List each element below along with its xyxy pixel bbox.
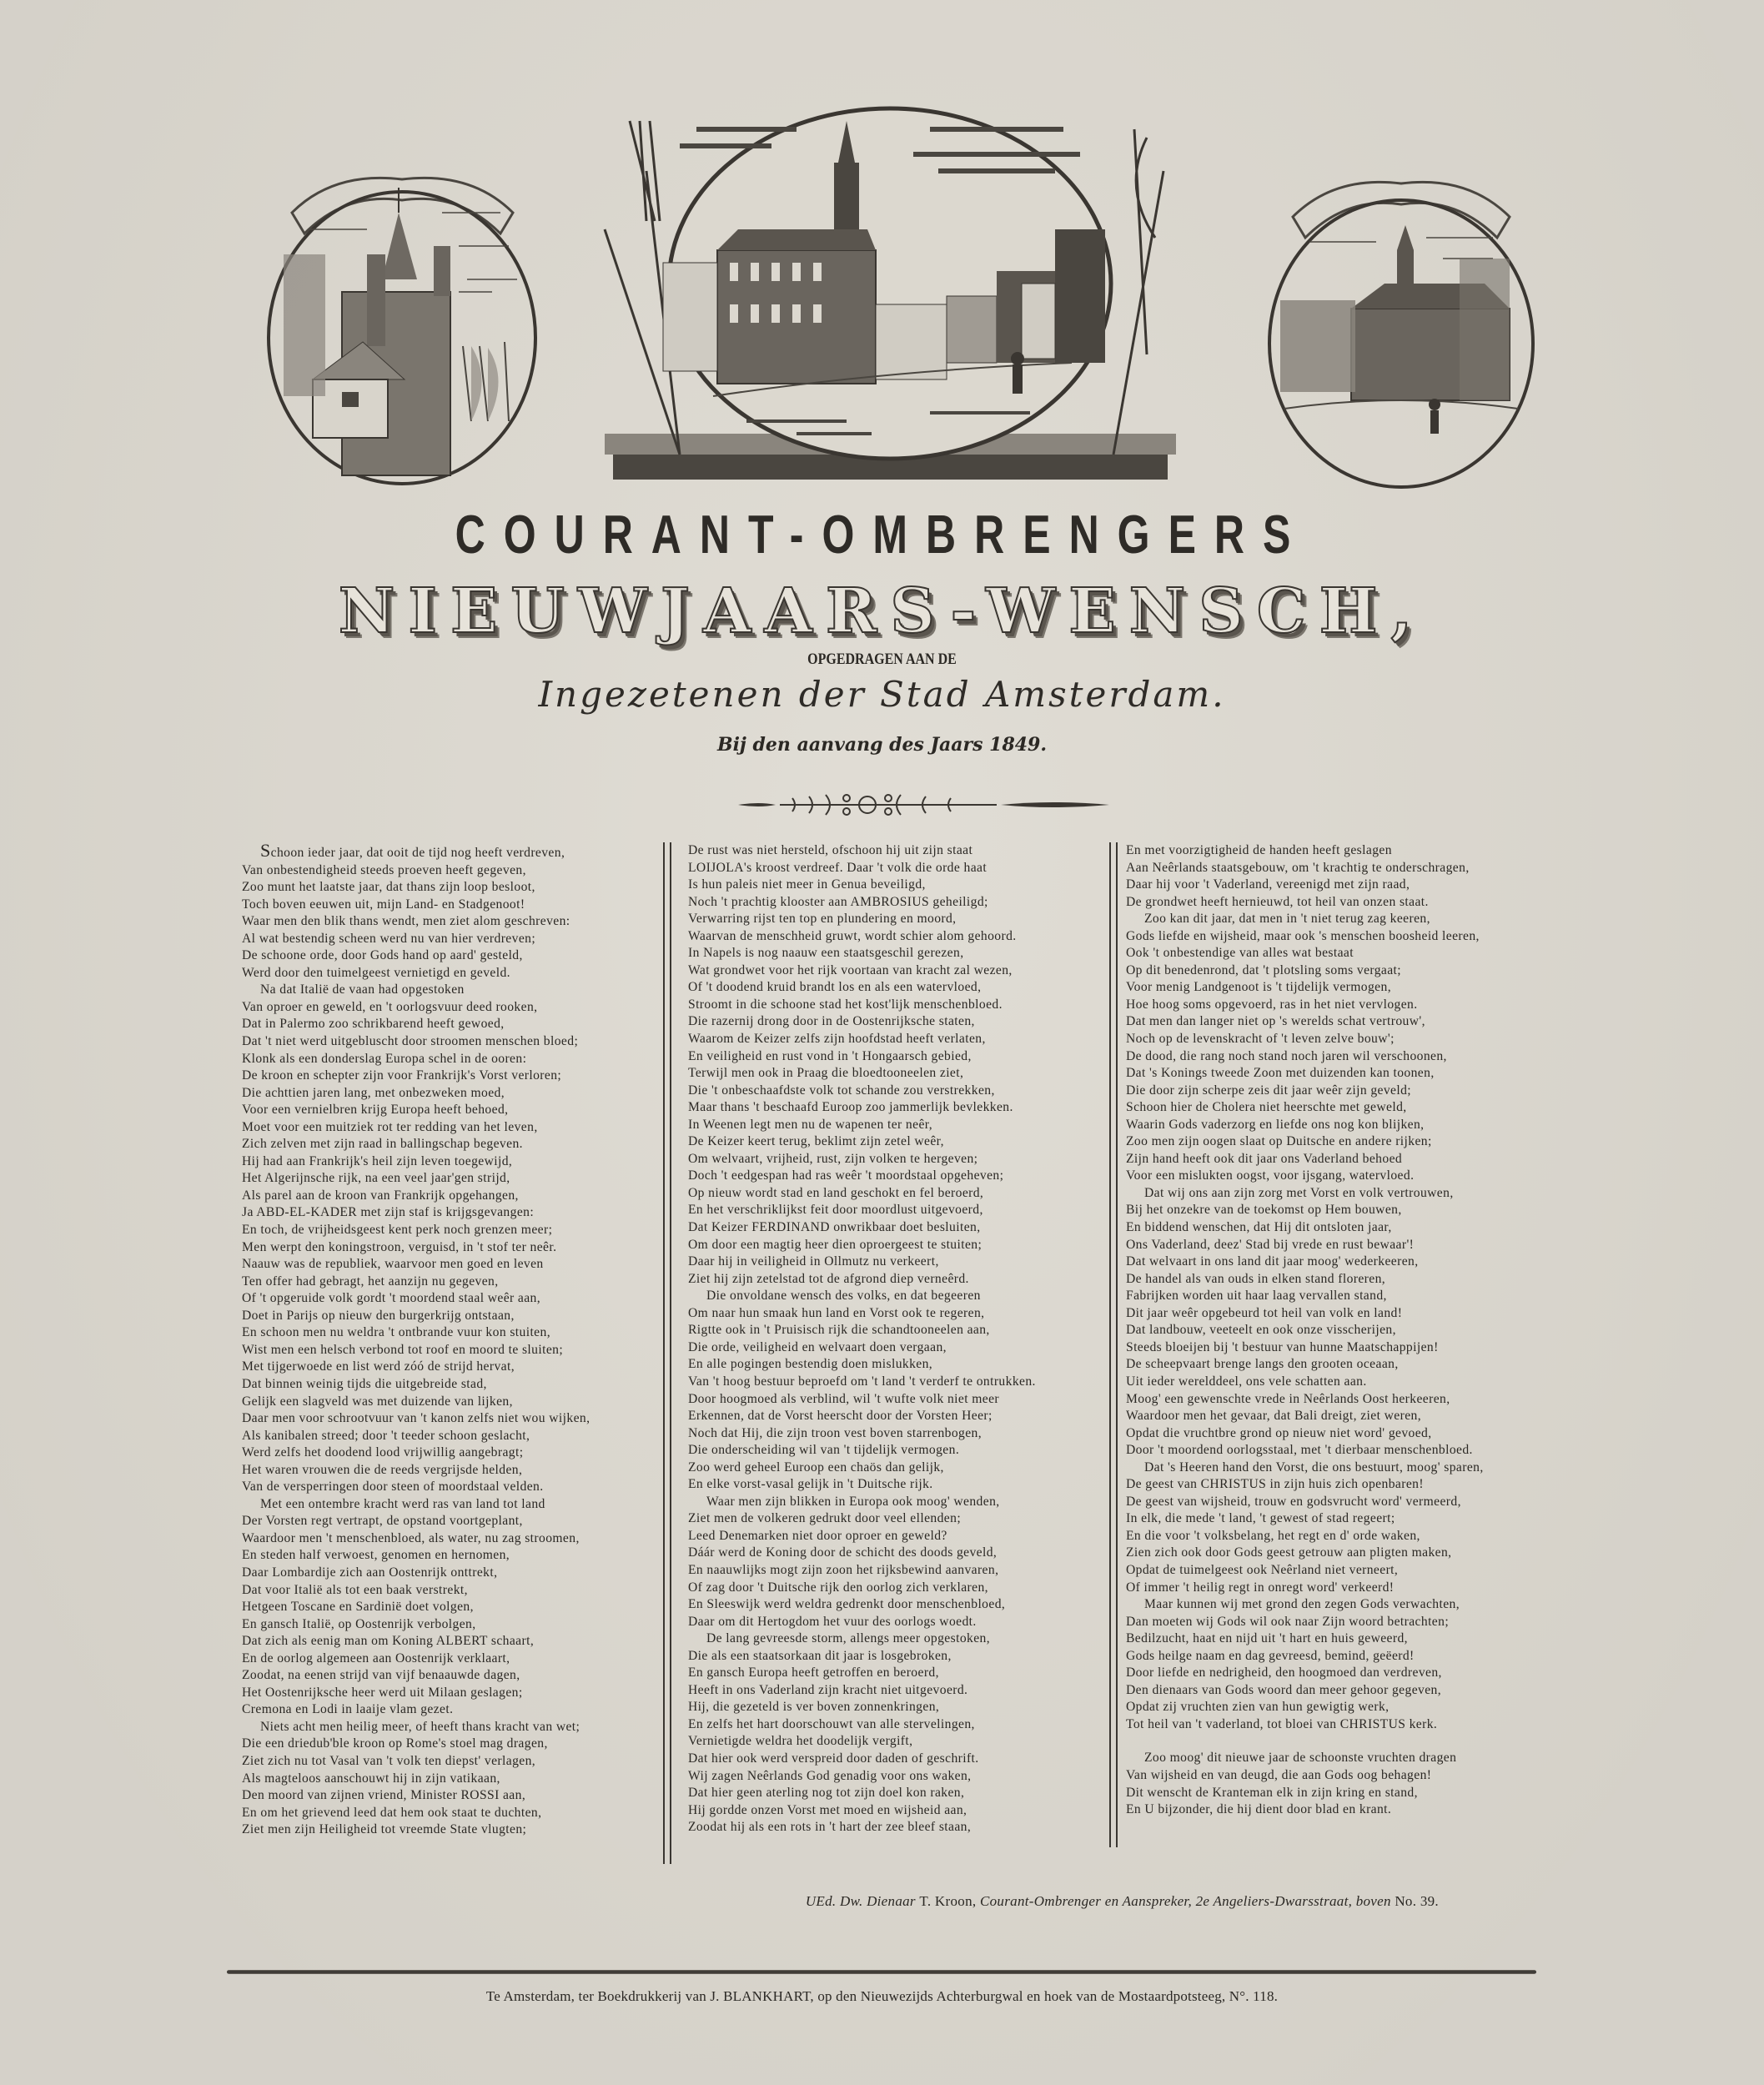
poem-line: Ziet men zijn Heiligheid tot vreemde Sta… (242, 1821, 659, 1839)
poem-line: Dat landbouw, veeteelt en ook onze vissc… (1126, 1322, 1543, 1339)
poem-column-2: De rust was niet hersteld, ofschoon hij … (688, 842, 1105, 1876)
poem-line: Door hoogmoed als verblind, wil 't wufte… (688, 1391, 1105, 1409)
poem-line: Op nieuw wordt stad en land geschokt en … (688, 1185, 1105, 1203)
year-line: Bij den aanvang des Jaars 1849. (0, 734, 1764, 756)
poem-line: Den dienaars van Gods woord dan meer geh… (1126, 1682, 1543, 1700)
poem-line: En schoon men nu weldra 't ontbrande vuu… (242, 1324, 659, 1342)
poem-line: Het waren vrouwen die de reeds vergrijsd… (242, 1462, 659, 1480)
poem-line: Of 't doodend kruid brandt los en als ee… (688, 979, 1105, 997)
poem-line: Niets acht men heilig meer, of heeft tha… (242, 1719, 659, 1736)
poem-line: Moet voor een muitziek rot ter redding v… (242, 1119, 659, 1137)
poem-line: En gansch Europa heeft getroffen en bero… (688, 1665, 1105, 1682)
poem-line: Waar men zijn blikken in Europa ook moog… (688, 1494, 1105, 1511)
signature-address: 2e Angeliers-Dwarsstraat, boven (1196, 1893, 1391, 1909)
poem-line: Opdat de tuimelgeest ook Neêrland niet v… (1126, 1562, 1543, 1580)
poem-line: Daar men voor schrootvuur van 't kanon z… (242, 1410, 659, 1428)
poem-line: En de oorlog algemeen aan Oostenrijk ver… (242, 1650, 659, 1668)
poem-line: En toch, de vrijheidsgeest kent perk noc… (242, 1222, 659, 1239)
left-roundel-engraving (259, 154, 546, 488)
poem-line: Dat Keizer FERDINAND onwrikbaar doet bes… (688, 1219, 1105, 1237)
signature-name: T. Kroon, (919, 1893, 976, 1909)
poem-line: Zoo men zijn oogen slaat op Duitsche en … (1126, 1133, 1543, 1151)
poem-line: Voor menig Landgenoot is 't tijdelijk ve… (1126, 979, 1543, 997)
poem-line: Ten offer had gebragt, het aanzijn nu ge… (242, 1274, 659, 1291)
poem-line: Dan moeten wij Gods wil ook naar Zijn wo… (1126, 1614, 1543, 1631)
poem-line: Klonk als een donderslag Europa schel in… (242, 1051, 659, 1068)
poem-line: Die razernij drong door in de Oostenrijk… (688, 1013, 1105, 1031)
signature-number: No. 39. (1395, 1893, 1439, 1909)
poem-line: En naauwlijks mogt zijn zoon het rijksbe… (688, 1562, 1105, 1580)
poem-line: Ziet hij zijn zetelstad tot de afgrond d… (688, 1271, 1105, 1289)
poem-line: Erkennen, dat de Vorst heerscht door der… (688, 1408, 1105, 1425)
square-illustration-icon (1259, 158, 1543, 492)
poem-line: Dat in Palermo zoo schrikbarend heeft ge… (242, 1016, 659, 1033)
poem-line: Bij het onzekre van de toekomst op Hem b… (1126, 1202, 1543, 1219)
poem-line: Hoe hoog soms opgevoerd, ras in het niet… (1126, 997, 1543, 1014)
poem-line: Gods liefde en wijsheid, maar ook 's men… (1126, 928, 1543, 946)
signature-role: Courant-Ombrenger en Aanspreker, (980, 1893, 1192, 1909)
column-divider (663, 842, 671, 1864)
poem-line: En die voor 't volksbelang, het regt en … (1126, 1528, 1543, 1545)
poem-line: Den moord van zijnen vriend, Minister RO… (242, 1787, 659, 1805)
poem-line: Doch 't eedgespan had ras weêr 't moords… (688, 1168, 1105, 1185)
poem-line: Na dat Italië de vaan had opgestoken (242, 982, 659, 999)
poem-line: En biddend wenschen, dat Hij dit ontslot… (1126, 1219, 1543, 1237)
poem-line: Om naar hun smaak hun land en Vorst ook … (688, 1305, 1105, 1323)
poem-line: En alle pogingen bestendig doen mislukke… (688, 1356, 1105, 1374)
poem-line: Wist men een helsch verbond tot roof en … (242, 1342, 659, 1359)
poem-line: Daar hij in veiligheid in Ollmutz nu ver… (688, 1254, 1105, 1271)
center-city-engraving (580, 104, 1201, 484)
poem-line: Opdat die vruchtbre grond op nieuw niet … (1126, 1425, 1543, 1443)
poem-line: Die achttien jaren lang, met onbezweken … (242, 1085, 659, 1103)
poem-line: Waardoor men het gevaar, dat Bali dreigt… (1126, 1408, 1543, 1425)
poem-line: Op dit benedenrond, dat 't plotsling som… (1126, 962, 1543, 980)
poem-line: De scheepvaart brenge langs den grooten … (1126, 1356, 1543, 1374)
poem-line: Zoo werd geheel Euroop een chaös dan gel… (688, 1459, 1105, 1477)
poem-line: En met voorzigtigheid de handen heeft ge… (1126, 842, 1543, 860)
poem-line: De grondwet heeft hernieuwd, tot heil va… (1126, 894, 1543, 912)
poem-line: En gansch Italië, op Oostenrijk verbolge… (242, 1616, 659, 1634)
poem-line: Zich zelven met zijn raad in ballingscha… (242, 1136, 659, 1153)
poem-line: Gods heilge naam en dag gevreesd, bemind… (1126, 1648, 1543, 1665)
poem-line: Als parel aan de kroon van Frankrijk opg… (242, 1188, 659, 1205)
poem-line: Der Vorsten regt vertrapt, de opstand vo… (242, 1513, 659, 1530)
poem-line: Dáár werd de Koning door de schicht des … (688, 1545, 1105, 1562)
poem-line: Gelijk een slagveld was met duizende van… (242, 1394, 659, 1411)
poem-line: Waarvan de menschheid gruwt, wordt schie… (688, 928, 1105, 946)
poem-line: In Weenen legt men nu de wapenen ter neê… (688, 1117, 1105, 1134)
poem-line: Naauw was de republiek, waarvoor men goe… (242, 1256, 659, 1274)
poem-line: En veiligheid en rust vond in 't Hongaar… (688, 1048, 1105, 1066)
poem-line: Noch 't prachtig klooster aan AMBROSIUS … (688, 894, 1105, 912)
poem-line: Noch dat Hij, die zijn troon vest boven … (688, 1425, 1105, 1443)
poem-line: De dood, die rang noch stand noch jaren … (1126, 1048, 1543, 1066)
poem-line: Al wat bestendig scheen werd nu van hier… (242, 931, 659, 948)
poem-line: Schoon hier de Cholera niet heerschte me… (1126, 1099, 1543, 1117)
poem-line: Het Oostenrijksche heer werd uit Milaan … (242, 1685, 659, 1702)
dedication-small-caps: OPGEDRAGEN AAN DE (0, 651, 1764, 669)
poem-line: Dit wenscht de Kranteman elk in zijn kri… (1126, 1785, 1543, 1802)
poem-line: Met tijgerwoede en list werd zóó de stri… (242, 1359, 659, 1376)
poem-line: Van onbestendigheid steeds proeven heeft… (242, 862, 659, 880)
poem-line: Dat 's Heeren hand den Vorst, die ons be… (1126, 1459, 1543, 1477)
poem-line: Ja ABD-EL-KADER met zijn staf is krijgsg… (242, 1204, 659, 1222)
poem-line: Toch boven eeuwen uit, mijn Land- en Sta… (242, 897, 659, 914)
poem-line: Zoodat, na eenen strijd van vijf benaauw… (242, 1667, 659, 1685)
poem-line: Daar hij voor 't Vaderland, vereenigd me… (1126, 877, 1543, 894)
horizontal-rule (227, 1970, 1536, 1974)
poem-line: Van 't hoog bestuur beproefd om 't land … (688, 1374, 1105, 1391)
poem-line: En U bijzonder, die hij dient door blad … (1126, 1801, 1543, 1819)
poem-line: Die 't onbeschaafdste volk tot schande z… (688, 1083, 1105, 1100)
poem-line: Werd zelfs het doodend lood vrijwillig a… (242, 1444, 659, 1462)
poem-line: Hij had aan Frankrijk's heil zijn leven … (242, 1153, 659, 1171)
poem-line: Fabrijken worden uit haar laag vervallen… (1126, 1288, 1543, 1305)
poem-line: Dat zich als eenig man om Koning ALBERT … (242, 1633, 659, 1650)
signature-prefix: UEd. Dw. Dienaar (806, 1893, 916, 1909)
poem-line: Het Algerijnsche rijk, na een veel jaar'… (242, 1170, 659, 1188)
poem-line: Dat binnen weinig tijds die uitgebreide … (242, 1376, 659, 1394)
poem-line: Waarom de Keizer zelfs zijn hoofdstad he… (688, 1031, 1105, 1048)
poem-line: Dat men dan langer niet op 's werelds sc… (1126, 1013, 1543, 1031)
poem-line: Hij, die gezeteld is ver boven zonnenkri… (688, 1699, 1105, 1716)
poem-line: Uit ieder werelddeel, ons vele schatten … (1126, 1374, 1543, 1391)
poem-line: Door 't moordend oorlogsstaal, met 't di… (1126, 1442, 1543, 1459)
poem-line: Hij gordde onzen Vorst met moed en wijsh… (688, 1802, 1105, 1820)
poem-line: Is hun paleis niet meer in Genua beveili… (688, 877, 1105, 894)
poem-line: Of zag door 't Duitsche rijk den oorlog … (688, 1580, 1105, 1597)
poem-line: Van de versperringen door steen of moord… (242, 1479, 659, 1496)
poem-line: Daar Lombardije zich aan Oostenrijk ontt… (242, 1565, 659, 1582)
poem-line: Ziet men de volkeren gedrukt door veel e… (688, 1510, 1105, 1528)
poem-line: Ook 't onbestendige van alles wat bestaa… (1126, 945, 1543, 962)
poem-line: Terwijl men ook in Praag die bloedtoonee… (688, 1065, 1105, 1083)
poem-line: Maar kunnen wij met grond den zegen Gods… (1126, 1596, 1543, 1614)
poem-columns: Schoon ieder jaar, dat ooit de tijd nog … (234, 842, 1551, 1876)
poem-line: Met een ontembre kracht werd ras van lan… (242, 1496, 659, 1514)
poem-line: Die door zijn scherpe zeis dit jaar weêr… (1126, 1083, 1543, 1100)
poem-line: Of 't opgeruide volk gordt 't moordend s… (242, 1290, 659, 1308)
poem-line: Steeds bloeijen bij 't bestuur van hunne… (1126, 1339, 1543, 1357)
poem-line: En om het grievend leed dat hem ook staa… (242, 1805, 659, 1822)
poem-line: Hetgeen Toscane en Sardinië doet volgen, (242, 1599, 659, 1616)
poem-line: Noch op de levenskracht of 't leven zelv… (1126, 1031, 1543, 1048)
poem-line: Zoodat hij als een rots in 't hart der z… (688, 1819, 1105, 1836)
poem-line: Die een driedub'ble kroon op Rome's stoe… (242, 1736, 659, 1753)
poem-line: De Keizer keert terug, beklimt zijn zete… (688, 1133, 1105, 1151)
poem-line: Zoo moog' dit nieuwe jaar de schoonste v… (1126, 1750, 1543, 1767)
poem-line: Dat hier ook werd verspreid door daden o… (688, 1751, 1105, 1768)
poem-line: Waardoor men 't menschenbloed, als water… (242, 1530, 659, 1548)
signature-line: UEd. Dw. Dienaar T. Kroon, Courant-Ombre… (0, 1893, 1439, 1910)
poem-line: En het verschriklijkst feit door moordlu… (688, 1202, 1105, 1219)
poem-line: Als magteloos aanschouwt hij in zijn vat… (242, 1771, 659, 1788)
poem-line: Wij zagen Neêrlands God genadig voor ons… (688, 1768, 1105, 1786)
poem-line: De geest van wijsheid, trouw en godsvruc… (1126, 1494, 1543, 1511)
poem-line: Cremona en Lodi in laaije vlam gezet. (242, 1701, 659, 1719)
poem-line: Ziet zich nu tot Vasal van 't volk ten d… (242, 1753, 659, 1771)
poem-line: Die orde, veiligheid en welvaart doen ve… (688, 1339, 1105, 1357)
poem-line: Stroomt in die schoone stad het kost'lij… (688, 997, 1105, 1014)
poem-line: Leed Denemarken niet door oproer en gewe… (688, 1528, 1105, 1545)
poem-line: Door liefde en nedrigheid, den hoogmoed … (1126, 1665, 1543, 1682)
poem-line: Om door een magtig heer dien oproergeest… (688, 1237, 1105, 1254)
poem-line: Om welvaart, vrijheid, rust, zijn volken… (688, 1151, 1105, 1168)
poem-line: Zien zich ook door Gods geest getrouw aa… (1126, 1545, 1543, 1562)
poem-line: Doet in Parijs op nieuw den burgerkrijg … (242, 1308, 659, 1325)
poem-line: De geest van CHRISTUS in zijn huis zich … (1126, 1476, 1543, 1494)
poem-line: Zoo munt het laatste jaar, dat thans zij… (242, 879, 659, 897)
poem-line: De rust was niet hersteld, ofschoon hij … (688, 842, 1105, 860)
poem-line: Opdat zij vruchten zien van hun gewigtig… (1126, 1699, 1543, 1716)
poem-line: De lang gevreesde storm, allengs meer op… (688, 1630, 1105, 1648)
poem-line: Maar thans 't beschaafd Euroop zoo jamme… (688, 1099, 1105, 1117)
poem-line: Bedilzucht, haat en nijd uit 't hart en … (1126, 1630, 1543, 1648)
title-nieuwjaars-wensch: NIEUWJAARS-WENSCH, (0, 575, 1764, 647)
poem-line: Dat 't niet werd uitgebluscht door stroo… (242, 1033, 659, 1051)
poem-line: Moog' een gewenschte vrede in Neêrlands … (1126, 1391, 1543, 1409)
poem-line: Zoo kan dit jaar, dat men in 't niet ter… (1126, 911, 1543, 928)
poem-line: En steden half verwoest, genomen en hern… (242, 1547, 659, 1565)
poem-line: Wat grondwet voor het rijk voortaan van … (688, 962, 1105, 980)
poem-line: Dit jaar weêr opgebeurd tot heil van vol… (1126, 1305, 1543, 1323)
poem-line: Werd door den tuimelgeest vernietigd en … (242, 965, 659, 982)
poem-line: Dat voor Italië als tot een baak verstre… (242, 1582, 659, 1600)
poem-line: En Sleeswijk werd weldra gedrenkt door m… (688, 1596, 1105, 1614)
poem-line: Men werpt den koningstroon, verguisd, in… (242, 1239, 659, 1257)
dedication-blackletter: Ingezetenen der Stad Amsterdam. (0, 674, 1764, 715)
printer-imprint: Te Amsterdam, ter Boekdrukkerij van J. B… (0, 1988, 1764, 2005)
poem-line: In Napels is nog naauw een staatsgeschil… (688, 945, 1105, 962)
poem-line: De handel als van ouds in elken stand fl… (1126, 1271, 1543, 1289)
column-divider (1109, 842, 1118, 1847)
poem-line: Die als een staatsorkaan dit jaar is los… (688, 1648, 1105, 1665)
tower-illustration-icon (259, 154, 546, 488)
poem-line: Heeft in ons Vaderland zijn kracht niet … (688, 1682, 1105, 1700)
poem-line: De kroon en schepter zijn voor Frankrijk… (242, 1068, 659, 1085)
poem-line: Van oproer en geweld, en 't oorlogsvuur … (242, 999, 659, 1017)
poem-line: Tot heil van 't vaderland, tot bloei van… (1126, 1716, 1543, 1734)
poem-line: Rigtte ook in 't Pruisisch rijk die scha… (688, 1322, 1105, 1339)
poem-line: Zijn hand heeft ook dit jaar ons Vaderla… (1126, 1151, 1543, 1168)
poem-line: Aan Neêrlands staatsgebouw, om 't kracht… (1126, 860, 1543, 877)
poem-line: Schoon ieder jaar, dat ooit de tijd nog … (242, 842, 659, 862)
poem-line: Dat hier geen aterling nog tot zijn doel… (688, 1785, 1105, 1802)
title-courant-ombrengers: COURANT-OMBRENGERS (0, 503, 1764, 565)
poem-column-1: Schoon ieder jaar, dat ooit de tijd nog … (242, 842, 659, 1876)
poem-line: Verwarring rijst ten top en plundering e… (688, 911, 1105, 928)
poem-line: Voor een mislukten oogst, voor ijsgang, … (1126, 1168, 1543, 1185)
city-view-illustration-icon (580, 104, 1201, 484)
poem-line: Of immer 't heilig regt in onregt word' … (1126, 1580, 1543, 1597)
poem-line: En zelfs het hart doorschouwt van alle s… (688, 1716, 1105, 1734)
poem-line: Dat 's Konings tweede Zoon met duizenden… (1126, 1065, 1543, 1083)
poem-line: In elk, die mede 't land, 't gewest of s… (1126, 1510, 1543, 1528)
poem-line: Die onvoldane wensch des volks, en dat b… (688, 1288, 1105, 1305)
poem-column-3: En met voorzigtigheid de handen heeft ge… (1126, 842, 1543, 1876)
poem-line: Ons Vaderland, deez' Stad bij vrede en r… (1126, 1237, 1543, 1254)
poem-line: Vernietigde weldra het doodelijk vergift… (688, 1733, 1105, 1751)
poem-line: Dat welvaart in ons land dit jaar moog' … (1126, 1254, 1543, 1271)
poem-line: Voor een vernielbren krijg Europa heeft … (242, 1102, 659, 1119)
right-roundel-engraving (1259, 158, 1543, 492)
poem-line: Waar men den blik thans wendt, men ziet … (242, 913, 659, 931)
poem-line: De schoone orde, door Gods hand op aard'… (242, 947, 659, 965)
poem-line: Dat wij ons aan zijn zorg met Vorst en v… (1126, 1185, 1543, 1203)
poem-line: LOIJOLA's kroost verdreef. Daar 't volk … (688, 860, 1105, 877)
poem-line: Die onderscheiding wil van 't tijdelijk … (688, 1442, 1105, 1459)
floral-ornament-icon (734, 788, 1118, 821)
poem-line: Daar om dit Hertogdom het vuur des oorlo… (688, 1614, 1105, 1631)
poem-line: En elke vorst-vasal gelijk in 't Duitsch… (688, 1476, 1105, 1494)
poem-line: Van wijsheid en van deugd, die aan Gods … (1126, 1767, 1543, 1785)
poem-line: Als kanibalen streed; door 't teeder sch… (242, 1428, 659, 1445)
poem-line: Waarin Gods vaderzorg en liefde ons nog … (1126, 1117, 1543, 1134)
